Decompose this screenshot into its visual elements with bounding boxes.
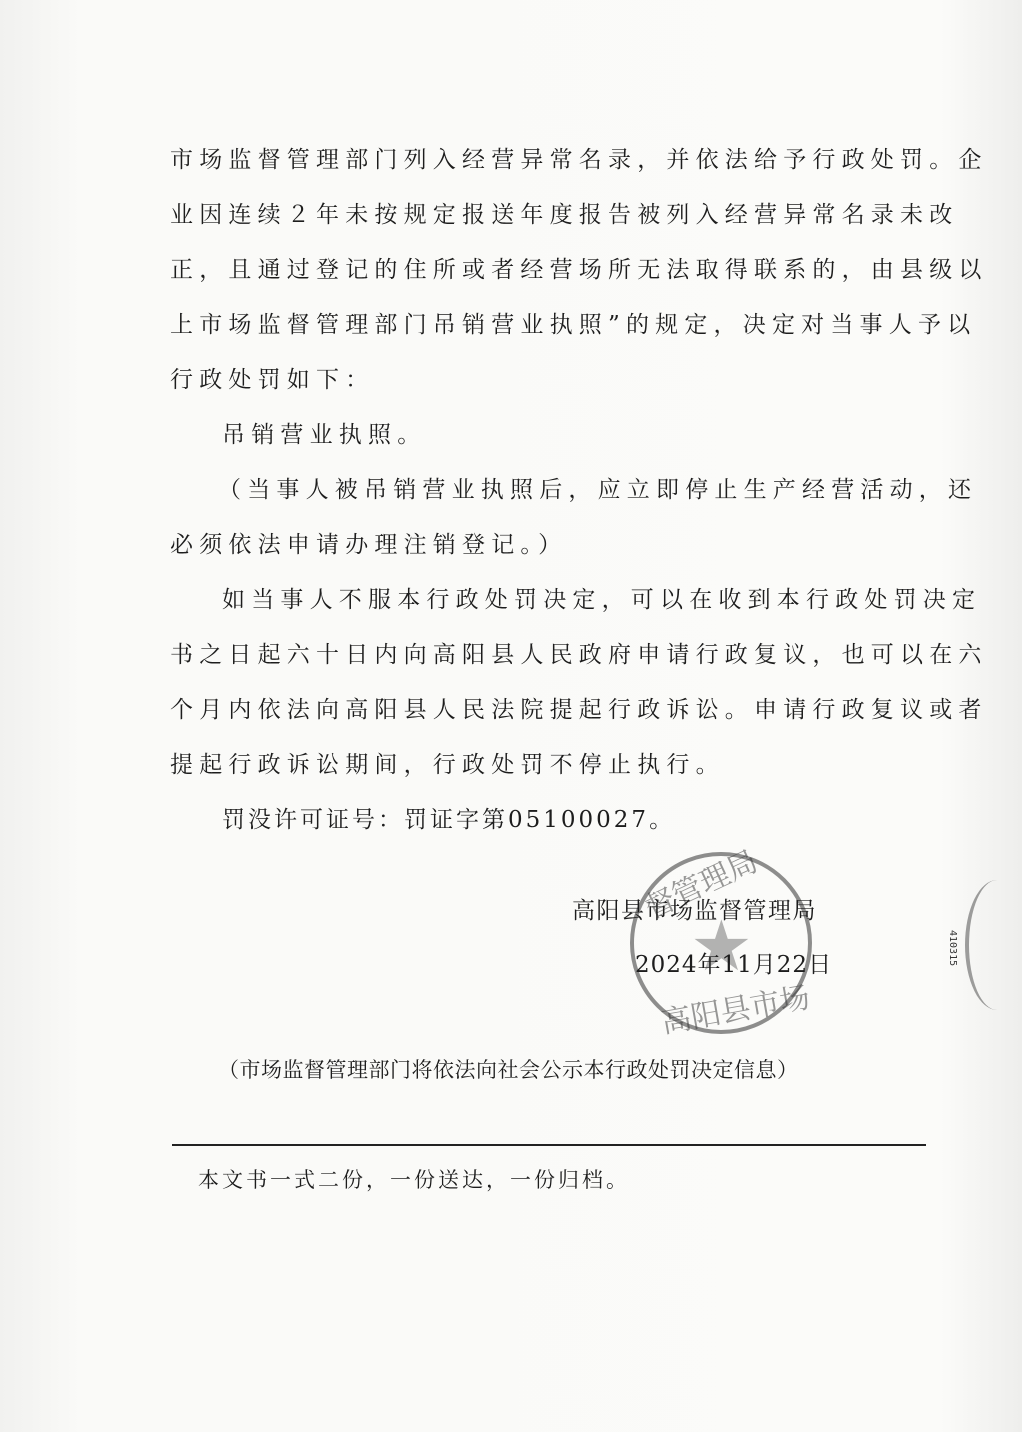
document-page: 市场监督管理部门列入经营异常名录，并依法给予行政处罚。企 业因连续２年未按规定报…	[0, 0, 1022, 1432]
edge-seal-serial: 410315	[947, 930, 958, 966]
footer-note: 本文书一式二份，一份送达，一份归档。	[198, 1164, 630, 1194]
body-line: 业因连续２年未按规定报送年度报告被列入经营异常名录未改	[170, 200, 958, 230]
permit-number: 罚没许可证号：罚证字第05100027。	[222, 805, 675, 835]
body-line: 正，且通过登记的住所或者经营场所无法取得联系的，由县级以	[170, 255, 988, 285]
divider	[172, 1144, 926, 1146]
signer-authority: 高阳县市场监督管理局	[572, 892, 817, 925]
body-line: 市场监督管理部门列入经营异常名录，并依法给予行政处罚。企	[170, 145, 988, 175]
issue-date: 2024年11月22日	[635, 946, 832, 979]
publicity-notice: （市场监督管理部门将依法向社会公示本行政处罚决定信息）	[218, 1054, 799, 1084]
body-line: 如当事人不服本行政处罚决定，可以在收到本行政处罚决定	[222, 585, 981, 615]
body-line: 书之日起六十日内向高阳县人民政府申请行政复议，也可以在六	[170, 640, 988, 670]
body-line: 行政处罚如下：	[170, 365, 374, 395]
body-line: 必须依法申请办理注销登记。）	[170, 530, 567, 560]
edge-seal-arc	[965, 880, 1022, 1010]
body-line: 上市场监督管理部门吊销营业执照”的规定，决定对当事人予以	[170, 310, 976, 340]
body-line: 个月内依法向高阳县人民法院提起行政诉讼。申请行政复议或者	[170, 695, 988, 725]
body-line: 提起行政诉讼期间，行政处罚不停止执行。	[170, 750, 725, 780]
body-line: （当事人被吊销营业执照后，应立即停止生产经营活动，还	[218, 475, 977, 505]
penalty-decision: 吊销营业执照。	[222, 420, 426, 450]
